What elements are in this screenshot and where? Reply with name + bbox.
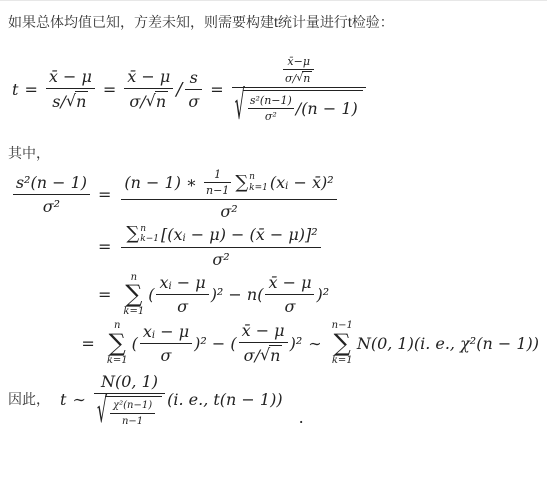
math-token: χ²(n−1) bbox=[113, 400, 152, 411]
math-token: ( bbox=[148, 285, 154, 304]
math-token: n bbox=[155, 91, 168, 111]
math-token: − ( bbox=[207, 334, 237, 353]
math-token: t bbox=[60, 390, 66, 409]
math-token: (n − 1) ∗ bbox=[124, 173, 202, 192]
math-token: σ/ bbox=[129, 92, 145, 111]
math-token: − μ) − (x̄ − μ)]² bbox=[186, 225, 318, 244]
summation: n ∑ k=1 bbox=[107, 320, 128, 366]
math-token: − μ bbox=[155, 322, 189, 341]
tilde-distributed-sign: ∼ bbox=[72, 390, 85, 409]
math-token: s/ bbox=[52, 92, 66, 111]
therefore-label: 因此， bbox=[8, 389, 50, 410]
fraction-xbar-mu-over-sigma-sqrt-n: x̄ − μ σ/ √ n bbox=[239, 321, 288, 365]
rhs: n ∑ k=1 ( x i − μ σ )² − n( x̄ − μ σ )² bbox=[119, 272, 329, 318]
derivation-row-1: s²(n − 1) σ² = (n − 1) ∗ 1 n−1 ∑ n bbox=[8, 168, 539, 221]
math-token: x bbox=[159, 273, 168, 292]
summation: ∑ n k−1 bbox=[126, 224, 159, 245]
sum-lower-limit: k=1 bbox=[249, 183, 268, 193]
sigma-sum-sign: ∑ bbox=[235, 174, 248, 192]
sqrt-n: √ n bbox=[296, 71, 312, 85]
radical-sign: √ bbox=[235, 81, 245, 129]
math-token: x bbox=[143, 322, 152, 341]
math-token: σ bbox=[285, 297, 296, 316]
rhs: (n − 1) ∗ 1 n−1 ∑ n k=1 (x i − x̄) bbox=[119, 168, 338, 221]
math-token: 1 bbox=[214, 168, 221, 181]
fraction-s2n1-over-sigma2: s²(n−1) σ² bbox=[248, 94, 294, 123]
fraction-xi-mu-over-sigma: x i − μ σ bbox=[140, 322, 192, 365]
fraction-chi2-over-n-1: χ²(n−1) n−1 bbox=[110, 400, 155, 427]
equals-sign: = bbox=[24, 80, 37, 99]
math-token: s²(n−1) bbox=[250, 94, 292, 107]
subscript-i: i bbox=[152, 330, 155, 341]
subscript-i: i bbox=[285, 181, 288, 192]
math-token: )² bbox=[290, 334, 303, 353]
sigma-sum-sign: ∑ bbox=[109, 332, 126, 355]
lhs-column: s²(n − 1) σ² bbox=[8, 173, 92, 216]
derivation-row-2: = ∑ n k−1 [(x i − μ) − (x̄ − μ)]² σ² bbox=[8, 224, 539, 269]
fraction-xbar-mu-over-sigma-sqrt-n: x̄ − μ σ/ √ n bbox=[124, 67, 173, 111]
sum-lower-limit: k=1 bbox=[123, 306, 144, 318]
period: . bbox=[299, 408, 304, 427]
math-token: σ bbox=[188, 92, 199, 111]
fraction-xi-mu-over-sigma: x i − μ σ bbox=[156, 273, 208, 316]
subscript-i: i bbox=[169, 281, 172, 292]
square-root: √ s²(n−1) σ² /(n − 1) bbox=[235, 90, 363, 123]
fraction-xbar-mu-over-sigma: x̄ − μ σ bbox=[265, 273, 314, 316]
math-token: s bbox=[190, 68, 198, 87]
summation: n−1 ∑ k=1 bbox=[332, 320, 353, 366]
sqrt-n: √ n bbox=[66, 91, 89, 111]
big-fraction: x̄−μ σ/ √ n √ s²(n−1) bbox=[232, 55, 366, 123]
math-token: − n( bbox=[223, 285, 263, 304]
equals-sign: = bbox=[98, 237, 111, 256]
math-token: x̄ − μ bbox=[268, 273, 311, 292]
sum-upper-limit: n bbox=[140, 224, 159, 234]
math-token: n−1 bbox=[206, 184, 229, 197]
math-token: n bbox=[75, 91, 88, 111]
fraction-s-over-sigma: s σ bbox=[185, 68, 202, 111]
math-token: [(x bbox=[161, 225, 183, 244]
fraction-xbar-mu-over-s-sqrt-n: x̄ − μ s/ √ n bbox=[46, 67, 95, 111]
sigma-sum-sign: ∑ bbox=[126, 225, 139, 243]
fraction-N01-over-sqrt-chi2: N(0, 1) √ χ²(n−1) n−1 bbox=[94, 372, 165, 427]
math-token: σ/ bbox=[244, 346, 260, 365]
derivation-row-3: = n ∑ k=1 ( x i − μ σ )² − n( x̄ − μ σ bbox=[8, 272, 539, 318]
math-token: s²(n − 1) bbox=[16, 173, 87, 192]
math-token: (i. e., t(n − 1)) bbox=[167, 390, 282, 409]
math-token: − μ bbox=[172, 273, 206, 292]
math-token: σ² bbox=[43, 197, 60, 216]
summation: n ∑ k=1 bbox=[123, 272, 144, 318]
equals-sign: = bbox=[210, 80, 223, 99]
tilde-distributed-sign: ∼ bbox=[308, 334, 321, 353]
conclusion-formula: t ∼ N(0, 1) √ χ²(n−1) n−1 bbox=[60, 372, 304, 427]
derivation-row-4: = n ∑ k=1 ( x i − μ σ )² − ( x̄ − μ bbox=[8, 320, 539, 366]
equals-sign: = bbox=[98, 185, 111, 204]
equals-sign: = bbox=[103, 80, 116, 99]
math-token: σ/ bbox=[285, 72, 296, 85]
math-token: N(0, 1)(i. e., χ²(n − 1)) bbox=[357, 334, 539, 353]
intro-text: 如果总体均值已知，方差未知，则需要构建t统计量进行t检验： bbox=[8, 12, 539, 33]
math-token: x̄ − μ bbox=[49, 67, 92, 86]
where-label: 其中， bbox=[8, 143, 539, 164]
sqrt-n: √ n bbox=[260, 345, 283, 365]
math-token: N(0, 1) bbox=[101, 372, 158, 391]
sqrt-n: √ n bbox=[146, 91, 169, 111]
conclusion-row: 因此， t ∼ N(0, 1) √ χ²(n−1) n−1 bbox=[8, 372, 539, 427]
radical-sign: √ bbox=[97, 390, 107, 431]
subscript-i: i bbox=[183, 233, 186, 244]
math-token: x̄ − μ bbox=[127, 67, 170, 86]
math-token: n−1 bbox=[122, 416, 143, 427]
math-token: σ² bbox=[265, 110, 277, 123]
equals-sign: = bbox=[98, 285, 111, 304]
sigma-sum-sign: ∑ bbox=[125, 283, 142, 306]
math-token: x̄−μ bbox=[287, 55, 310, 68]
equals-sign: = bbox=[81, 334, 94, 353]
sigma-sum-sign: ∑ bbox=[334, 332, 351, 355]
math-token: t bbox=[12, 80, 18, 99]
sum-lower-limit: k=1 bbox=[107, 355, 128, 367]
math-token: n bbox=[302, 71, 312, 85]
math-token: ( bbox=[132, 334, 138, 353]
sum-lower-limit: k=1 bbox=[332, 355, 353, 367]
fraction-xbar-mu-over-sigma-sqrt-n-small: x̄−μ σ/ √ n bbox=[283, 55, 314, 85]
fraction-s2n1-over-sigma2: s²(n − 1) σ² bbox=[13, 173, 90, 216]
math-token: )² bbox=[316, 285, 329, 304]
math-token: )² bbox=[194, 334, 207, 353]
math-token: n bbox=[269, 345, 282, 365]
sum-upper-limit: n bbox=[249, 172, 268, 182]
sum-lower-limit: k−1 bbox=[140, 234, 159, 244]
fraction-1-over-n-1: 1 n−1 bbox=[204, 168, 231, 197]
summation: ∑ n k=1 bbox=[235, 172, 268, 193]
math-token: x̄ − μ bbox=[242, 321, 285, 340]
document-body: 如果总体均值已知，方差未知，则需要构建t统计量进行t检验： t = x̄ − μ… bbox=[0, 0, 547, 483]
math-token: /(n − 1) bbox=[296, 99, 358, 118]
math-token: σ² bbox=[212, 250, 229, 269]
division-slash: / bbox=[176, 79, 182, 100]
fraction: ∑ n k−1 [(x i − μ) − (x̄ − μ)]² σ² bbox=[121, 224, 320, 269]
rhs: ∑ n k−1 [(x i − μ) − (x̄ − μ)]² σ² bbox=[119, 224, 322, 269]
math-token: − x̄)² bbox=[288, 173, 333, 192]
math-token: )² bbox=[211, 285, 224, 304]
math-token: σ bbox=[161, 346, 172, 365]
t-statistic-formula: t = x̄ − μ s/ √ n = x̄ − μ σ/ √ n bbox=[12, 55, 539, 123]
fraction: (n − 1) ∗ 1 n−1 ∑ n k=1 (x i − x̄) bbox=[121, 168, 336, 221]
math-token: (x bbox=[270, 173, 285, 192]
math-token: σ² bbox=[220, 202, 237, 221]
rhs: n ∑ k=1 ( x i − μ σ )² − ( x̄ − μ σ/ bbox=[103, 320, 539, 366]
square-root: √ χ²(n−1) n−1 bbox=[97, 396, 162, 427]
math-token: σ bbox=[177, 297, 188, 316]
